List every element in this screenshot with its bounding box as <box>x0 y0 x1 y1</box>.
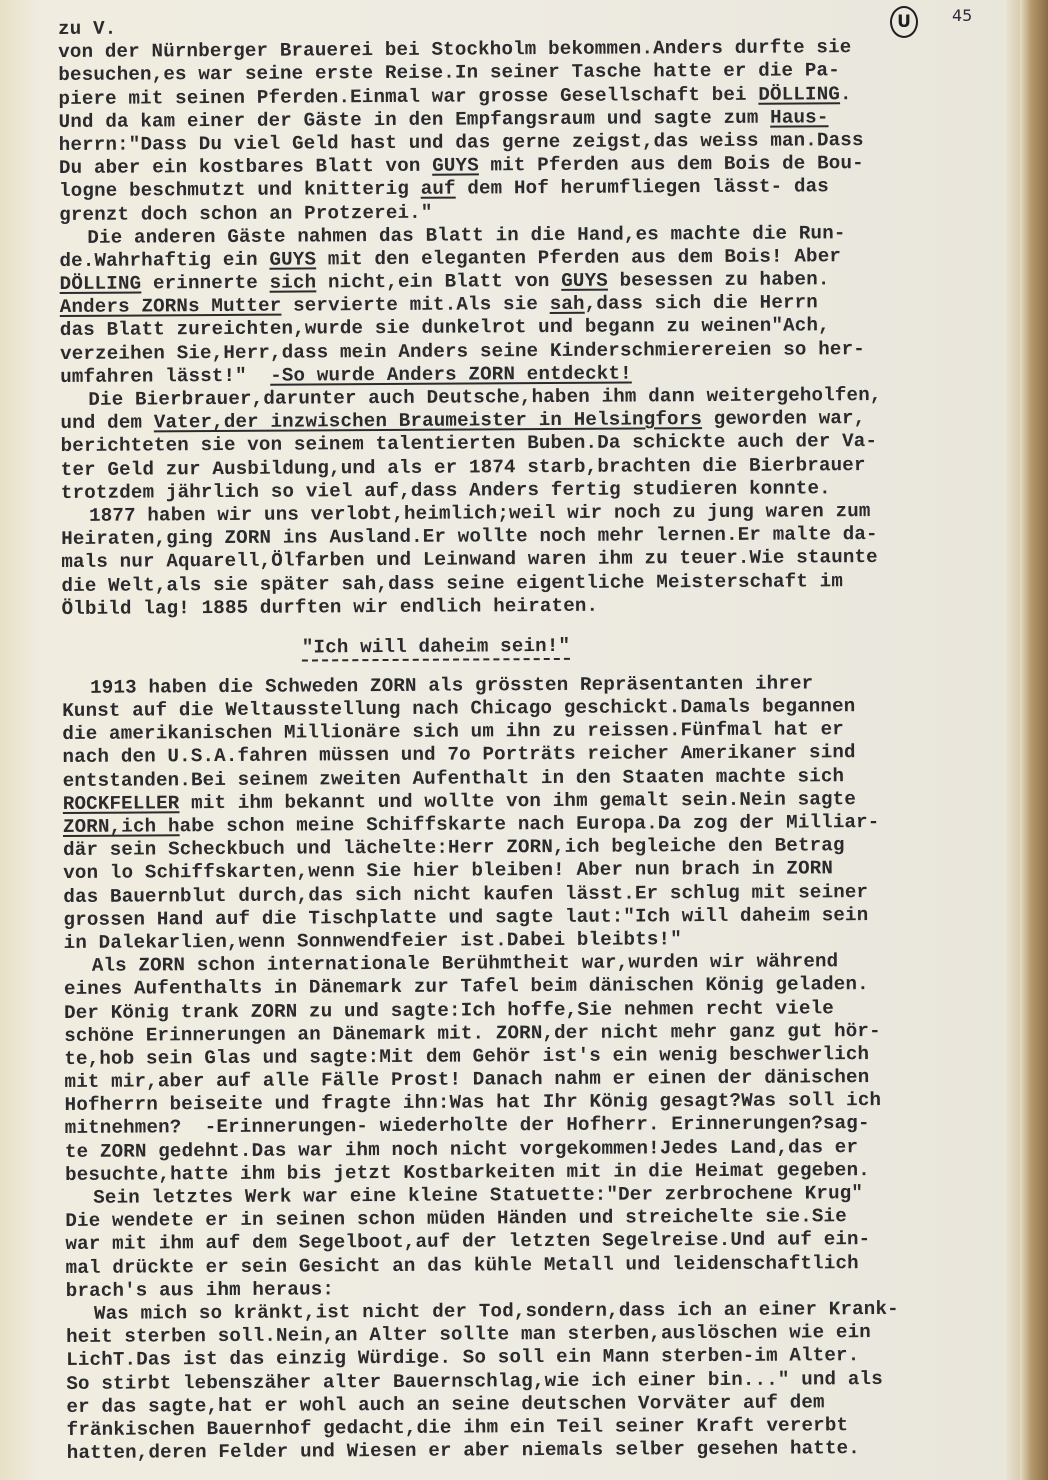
document-page: 45 U zu V. von der Nürnberger Brauerei b… <box>0 0 1006 1480</box>
section-heading-text: "Ich will daheim sein!" <box>302 635 570 662</box>
book-binding <box>1020 0 1048 1480</box>
text-block-2: 1913 haben die Schweden ZORN als grösste… <box>62 671 1007 1465</box>
typewritten-body: zu V. von der Nürnberger Brauerei bei St… <box>58 12 1007 1465</box>
text-block-1: von der Nürnberger Brauerei bei Stockhol… <box>58 35 1002 620</box>
text-line: hatten,deren Felder und Wiesen er aber n… <box>67 1436 1007 1465</box>
section-heading: "Ich will daheim sein!" <box>62 623 1002 669</box>
page-stack-edge <box>1006 0 1020 1480</box>
